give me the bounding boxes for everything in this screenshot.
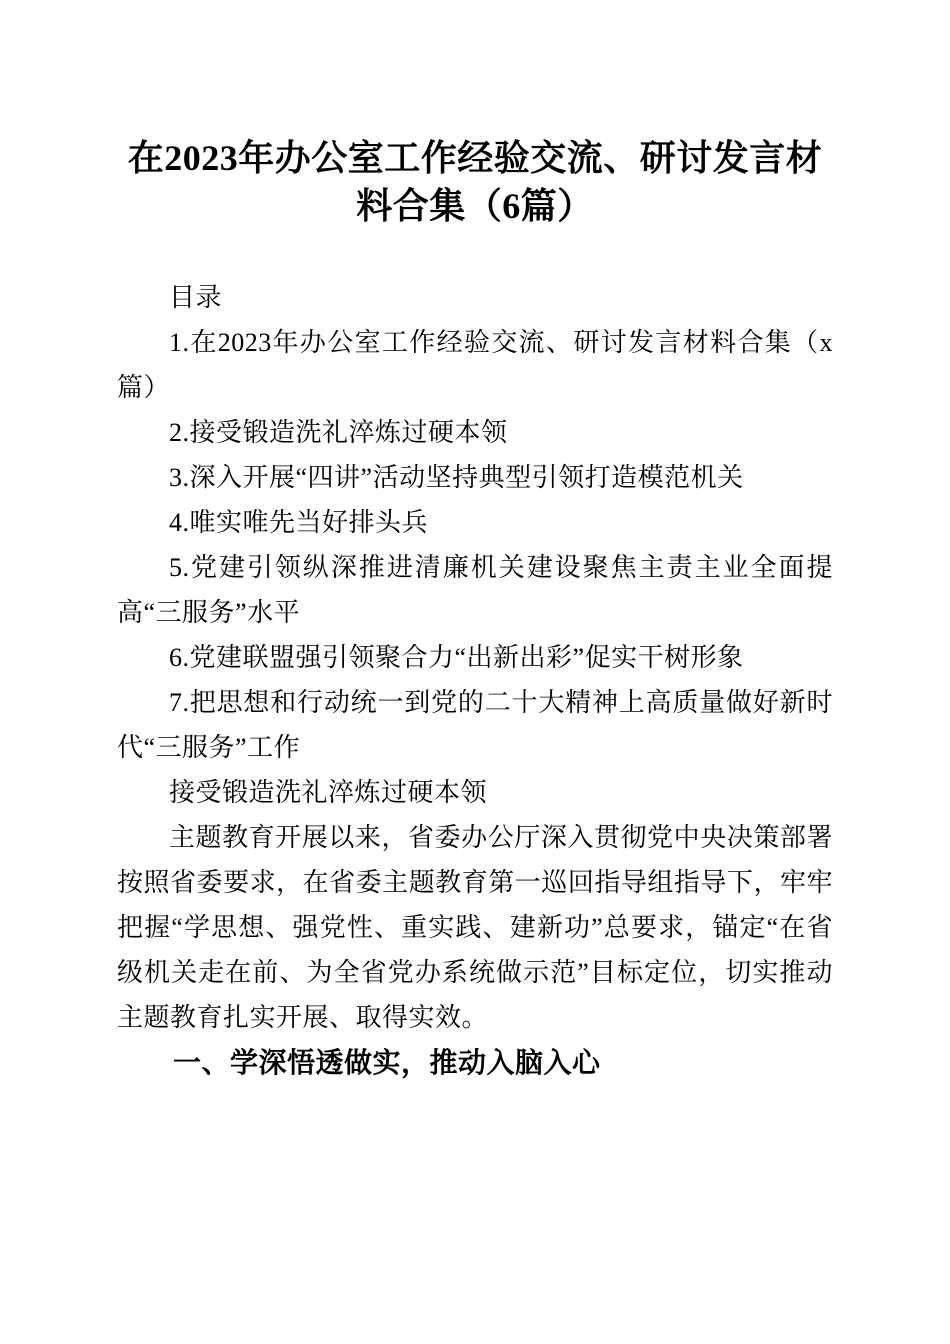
article-section-heading: 一、学深悟透做实，推动入脑入心: [117, 1040, 833, 1085]
toc-item-2: 2.接受锻造洗礼淬炼过硬本领: [117, 410, 833, 455]
toc-item-3: 3.深入开展“四讲”活动坚持典型引领打造模范机关: [117, 455, 833, 500]
toc-heading: 目录: [117, 275, 833, 320]
document-page: 在2023年办公室工作经验交流、研讨发言材料合集（6篇） 目录 1.在2023年…: [0, 0, 950, 1344]
toc-item-4: 4.唯实唯先当好排头兵: [117, 500, 833, 545]
article-title: 接受锻造洗礼淬炼过硬本领: [117, 770, 833, 815]
toc-item-5: 5.党建引领纵深推进清廉机关建设聚焦主责主业全面提高“三服务”水平: [117, 545, 833, 635]
document-title: 在2023年办公室工作经验交流、研讨发言材料合集（6篇）: [117, 134, 833, 230]
document-body: 目录 1.在2023年办公室工作经验交流、研讨发言材料合集（x篇） 2.接受锻造…: [117, 275, 833, 1085]
article-paragraph: 主题教育开展以来，省委办公厅深入贯彻党中央决策部署按照省委要求，在省委主题教育第…: [117, 815, 833, 1040]
toc-item-7: 7.把思想和行动统一到党的二十大精神上高质量做好新时代“三服务”工作: [117, 680, 833, 770]
toc-item-1: 1.在2023年办公室工作经验交流、研讨发言材料合集（x篇）: [117, 320, 833, 410]
toc-item-6: 6.党建联盟强引领聚合力“出新出彩”促实干树形象: [117, 635, 833, 680]
